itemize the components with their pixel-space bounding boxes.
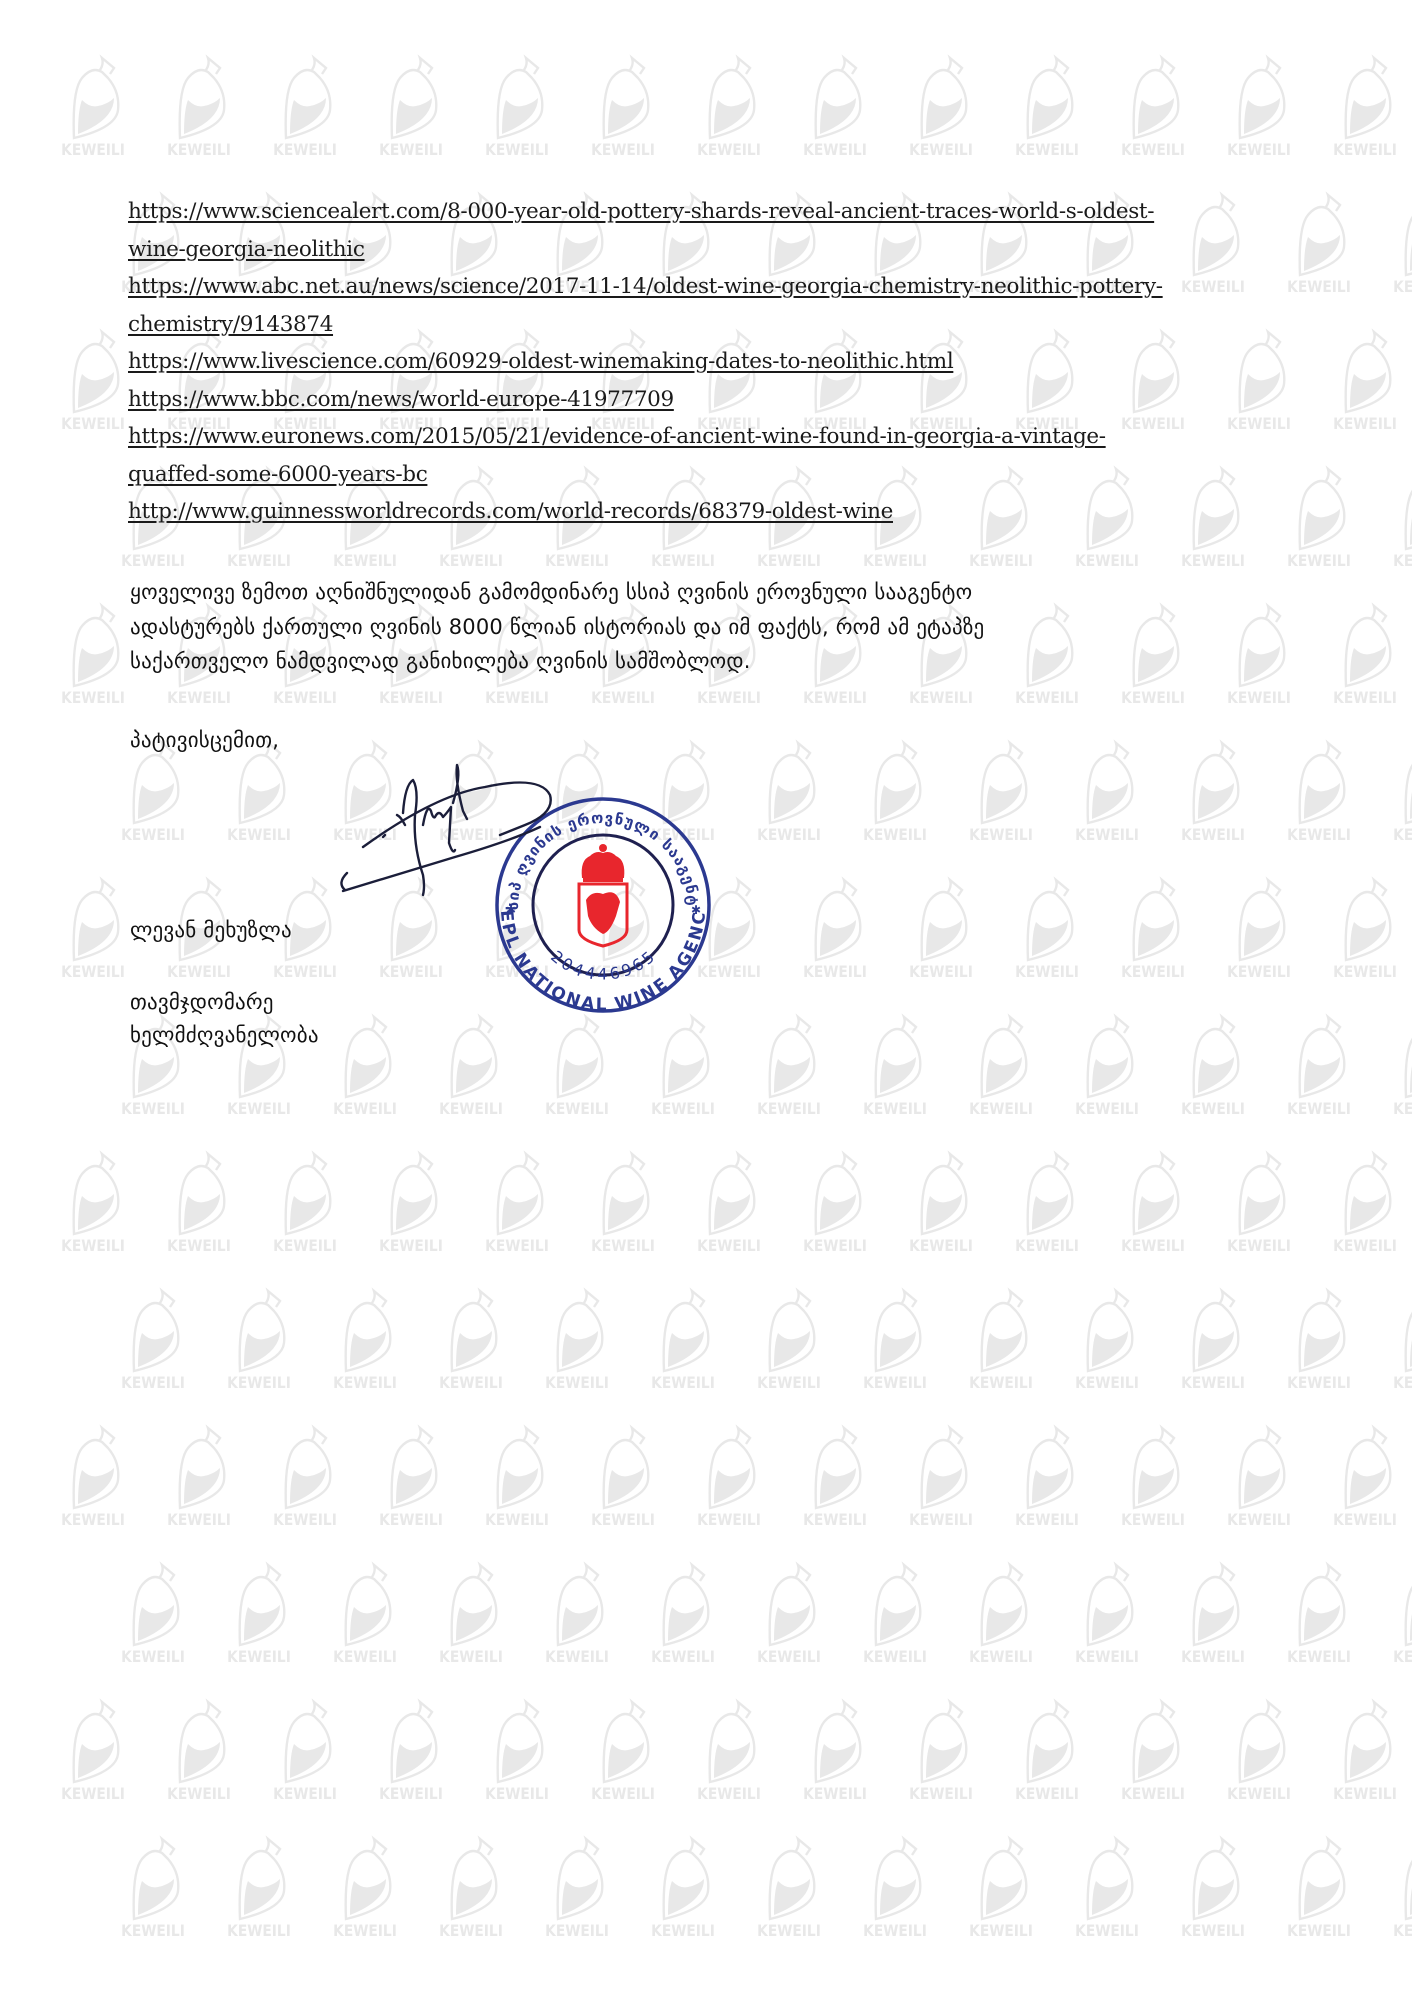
link-abc-cont[interactable]: chemistry/9143874 xyxy=(128,306,1328,344)
svg-text:204446965: 204446965 xyxy=(547,947,659,984)
paragraph-line: საქართველო ნამდვილად განიხილება ღვინის ს… xyxy=(130,644,984,679)
link-abc[interactable]: https://www.abc.net.au/news/science/2017… xyxy=(128,268,1328,306)
closing-salutation: პატივისცემით, xyxy=(130,728,279,752)
link-guinness[interactable]: http://www.guinnessworldrecords.com/worl… xyxy=(128,493,1328,531)
reference-links: https://www.sciencealert.com/8-000-year-… xyxy=(128,193,1328,531)
paragraph-line: ყოველივე ზემოთ აღნიშნულიდან გამომდინარე … xyxy=(130,575,984,610)
stamp-id-number: 204446965 xyxy=(547,947,659,984)
signatory-title: თავმჯდომარე xyxy=(130,990,274,1014)
link-euronews-cont[interactable]: quaffed-some-6000-years-bc xyxy=(128,456,1328,494)
signatory-role: ხელმძღვანელობა xyxy=(130,1023,319,1047)
handwritten-signature xyxy=(335,755,565,910)
svg-text:✱: ✱ xyxy=(691,903,701,917)
coat-of-arms-icon xyxy=(579,844,627,946)
document-page: https://www.sciencealert.com/8-000-year-… xyxy=(0,0,1412,1998)
link-euronews[interactable]: https://www.euronews.com/2015/05/21/evid… xyxy=(128,418,1328,456)
signature-icon xyxy=(335,755,565,905)
link-sciencealert-cont[interactable]: wine-georgia-neolithic xyxy=(128,231,1328,269)
paragraph-line: ადასტურებს ქართული ღვინის 8000 წლიან ისტ… xyxy=(130,610,984,645)
link-livescience[interactable]: https://www.livescience.com/60929-oldest… xyxy=(128,343,1328,381)
link-bbc[interactable]: https://www.bbc.com/news/world-europe-41… xyxy=(128,381,1328,419)
signatory-name: ლევან მეხუზლა xyxy=(130,918,292,942)
conclusion-paragraph: ყოველივე ზემოთ აღნიშნულიდან გამომდინარე … xyxy=(130,575,984,679)
link-sciencealert[interactable]: https://www.sciencealert.com/8-000-year-… xyxy=(128,193,1328,231)
